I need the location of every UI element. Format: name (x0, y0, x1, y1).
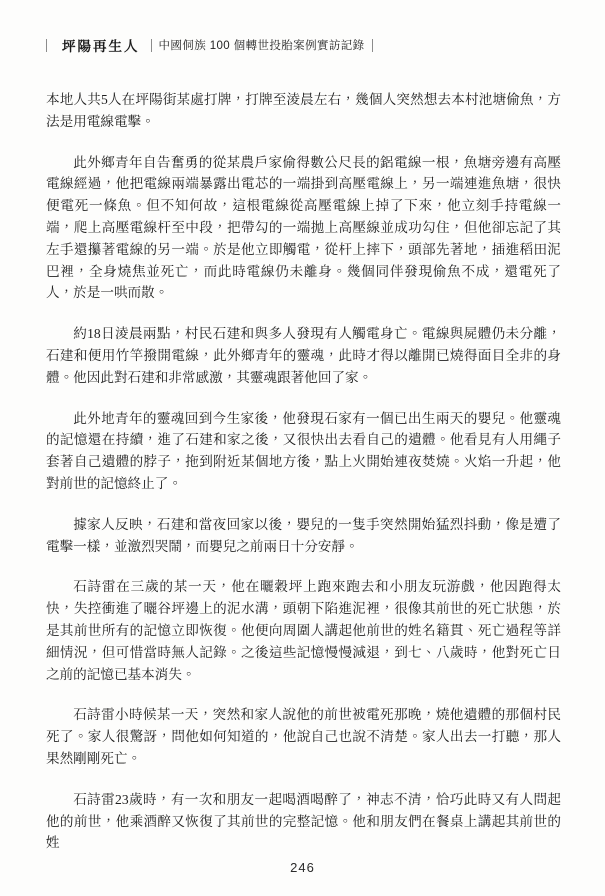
book-title: 坪陽再生人 (62, 35, 140, 55)
paragraph: 石詩雷小時候某一天，突然和家人說他的前世被電死那晚，燒他遺體的那個村民死了。家人… (46, 704, 561, 769)
header-separator-middle (151, 39, 152, 52)
paragraph: 據家人反映，石建和當夜回家以後，嬰兒的一隻手突然開始猛烈抖動，像是遭了電擊一樣，… (46, 514, 561, 558)
page-number: 246 (290, 860, 315, 875)
page-footer: 246 (0, 859, 605, 877)
running-header: 坪陽再生人 中國侗族 100 個轉世投胎案例實訪記錄 (46, 37, 373, 53)
paragraph: 石詩雷在三歲的某一天，他在曬穀坪上跑來跑去和小朋友玩游戲，他因跑得太快，失控衝進… (46, 576, 561, 685)
page-body: 本地人共5人在坪陽街某處打牌，打牌至淩晨左右，幾個人突然想去本村池塘偷魚，方法是… (46, 89, 561, 854)
paragraph: 約18日淩晨兩點，村民石建和與多人發現有人觸電身亡。電線與屍體仍未分離，石建和便… (46, 323, 561, 388)
book-page: 坪陽再生人 中國侗族 100 個轉世投胎案例實訪記錄 本地人共5人在坪陽街某處打… (0, 0, 605, 896)
paragraph: 此外地青年的靈魂回到今生家後，他發現石家有一個已出生兩天的嬰兒。他靈魂的記憶還在… (46, 408, 561, 495)
book-subtitle: 中國侗族 100 個轉世投胎案例實訪記錄 (159, 37, 365, 53)
paragraph: 此外鄉青年自告奮勇的從某農戶家偷得數公尺長的鋁電線一根，魚塘旁邊有高壓電線經過，… (46, 152, 561, 305)
paragraph: 本地人共5人在坪陽街某處打牌，打牌至淩晨左右，幾個人突然想去本村池塘偷魚，方法是… (46, 89, 561, 133)
header-separator-right (372, 39, 373, 52)
header-separator-left (46, 39, 47, 52)
paragraph: 石詩雷23歲時，有一次和朋友一起喝酒喝醉了，神志不清，恰巧此時又有人問起他的前世… (46, 789, 561, 854)
